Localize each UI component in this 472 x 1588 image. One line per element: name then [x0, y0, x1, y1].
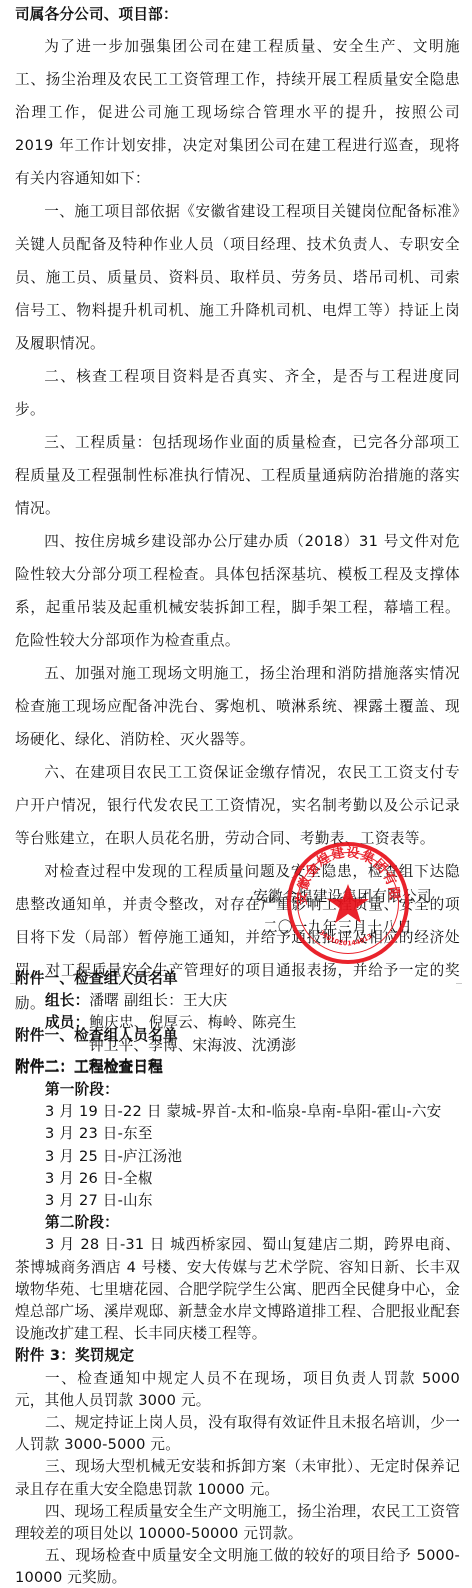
- notice-item-3: 三、工程质量：包括现场作业面的质量检查，已完各分部项工程质量及工程强制性标准执行…: [15, 426, 460, 525]
- schedule-date: 3 月 19 日-22 日: [45, 1103, 162, 1120]
- company-seal: 安徽金煌建设集团有限公司 3401020144013: [287, 842, 409, 964]
- members-list-1: 鲍庆忠、倪厚云、梅岭、陈亮生: [89, 1014, 296, 1031]
- schedule-row: 3 月 26 日-全椒: [15, 1168, 460, 1190]
- members-label: 成员：: [45, 1014, 89, 1031]
- members-row: 成员：鲍庆忠、倪厚云、梅岭、陈亮生: [15, 1012, 460, 1034]
- schedule-date: 3 月 25 日: [45, 1148, 118, 1165]
- schedule-row: 3 月 23 日-东至: [15, 1123, 460, 1145]
- schedule-row: 3 月 27 日-山东: [15, 1190, 460, 1212]
- deputy-label: 副组长：: [124, 992, 183, 1009]
- notice-item-2: 二、核查工程项目资料是否真实、齐全，是否与工程进度同步。: [15, 360, 460, 426]
- attachments-section: 附件一、检查组人员名单 组长：潘曙 副组长：王大庆 成员：鲍庆忠、倪厚云、梅岭、…: [15, 968, 460, 1588]
- schedule-sites: -全椒: [118, 1170, 153, 1187]
- notice-item-5: 五、加强对施工现场文明施工，扬尘治理和消防措施落实情况检查施工现场应配备冲洗台、…: [15, 657, 460, 756]
- attachment2-title: 附件二：工程检查日程: [15, 1057, 460, 1079]
- rule-3: 三、现场大型机械无安装和拆卸方案（未审批）、无定时保养记录且存在重大安全隐患罚款…: [15, 1456, 460, 1500]
- schedule-sites: -东至: [118, 1125, 153, 1142]
- rule-2: 二、规定持证上岗人员，没有取得有效证件且未报名培训，少一人罚款 3000-500…: [15, 1412, 460, 1456]
- rule-4: 四、现场工程质量安全生产文明施工，扬尘治理，农民工工资管理较差的项目处以 100…: [15, 1501, 460, 1545]
- notice-item-1: 一、施工项目部依据《安徽省建设工程项目关键岗位配备标准》关键人员配备及特种作业人…: [15, 195, 460, 360]
- leader-row: 组长：潘曙 副组长：王大庆: [15, 990, 460, 1012]
- attachment1-title: 附件一、检查组人员名单: [15, 968, 460, 990]
- schedule-date: 3 月 27 日: [45, 1192, 118, 1209]
- schedule-date: 3 月 23 日: [45, 1125, 118, 1142]
- star-icon: 安徽金煌建设集团有限公司 3401020144013: [291, 846, 405, 960]
- intro-paragraph: 为了进一步加强集团公司在建工程质量、安全生产、文明施工、扬尘治理及农民工工资管理…: [15, 30, 460, 195]
- svg-text:3401020144013: 3401020144013: [317, 929, 373, 948]
- rule-1: 一、检查通知中规定人员不在现场，项目负责人罚款 5000 元，其他人员罚款 30…: [15, 1368, 460, 1412]
- members-list-2: 钟卫平、李博、宋海波、沈湧澎: [15, 1035, 460, 1057]
- deputy-name: 王大庆: [183, 992, 227, 1009]
- salutation: 司属各分公司、项目部：: [15, 0, 460, 30]
- schedule-sites: -山东: [118, 1192, 153, 1209]
- rule-5: 五、现场检查中质量安全文明施工做的较好的项目给予 5000-10000 元奖励。: [15, 1545, 460, 1588]
- attachment3-title: 附件 3：奖罚规定: [15, 1345, 460, 1367]
- leader-name: 潘曙: [89, 992, 119, 1009]
- phase2-schedule: 3 月 28 日-31 日 城西桥家园、蜀山复建店二期，跨界电商、茶博城商务酒店…: [15, 1234, 460, 1345]
- notice-item-6: 六、在建项目农民工工资保证金缴存情况，农民工工资支付专户开户情况，银行代发农民工…: [15, 756, 460, 855]
- schedule-sites: 蒙城-界首-太和-临泉-阜南-阜阳-霍山-六安: [162, 1103, 442, 1120]
- phase2-label: 第二阶段：: [15, 1212, 460, 1234]
- leader-label: 组长：: [45, 992, 89, 1009]
- notice-item-4: 四、按住房城乡建设部办公厅建办质（2018）31 号文件对危险性较大分部分项工程…: [15, 525, 460, 657]
- schedule-row: 3 月 25 日-庐江汤池: [15, 1146, 460, 1168]
- schedule-sites: -庐江汤池: [118, 1148, 183, 1165]
- schedule-date: 3 月 26 日: [45, 1170, 118, 1187]
- schedule-row: 3 月 19 日-22 日 蒙城-界首-太和-临泉-阜南-阜阳-霍山-六安: [15, 1101, 460, 1123]
- phase1-label: 第一阶段：: [15, 1079, 460, 1101]
